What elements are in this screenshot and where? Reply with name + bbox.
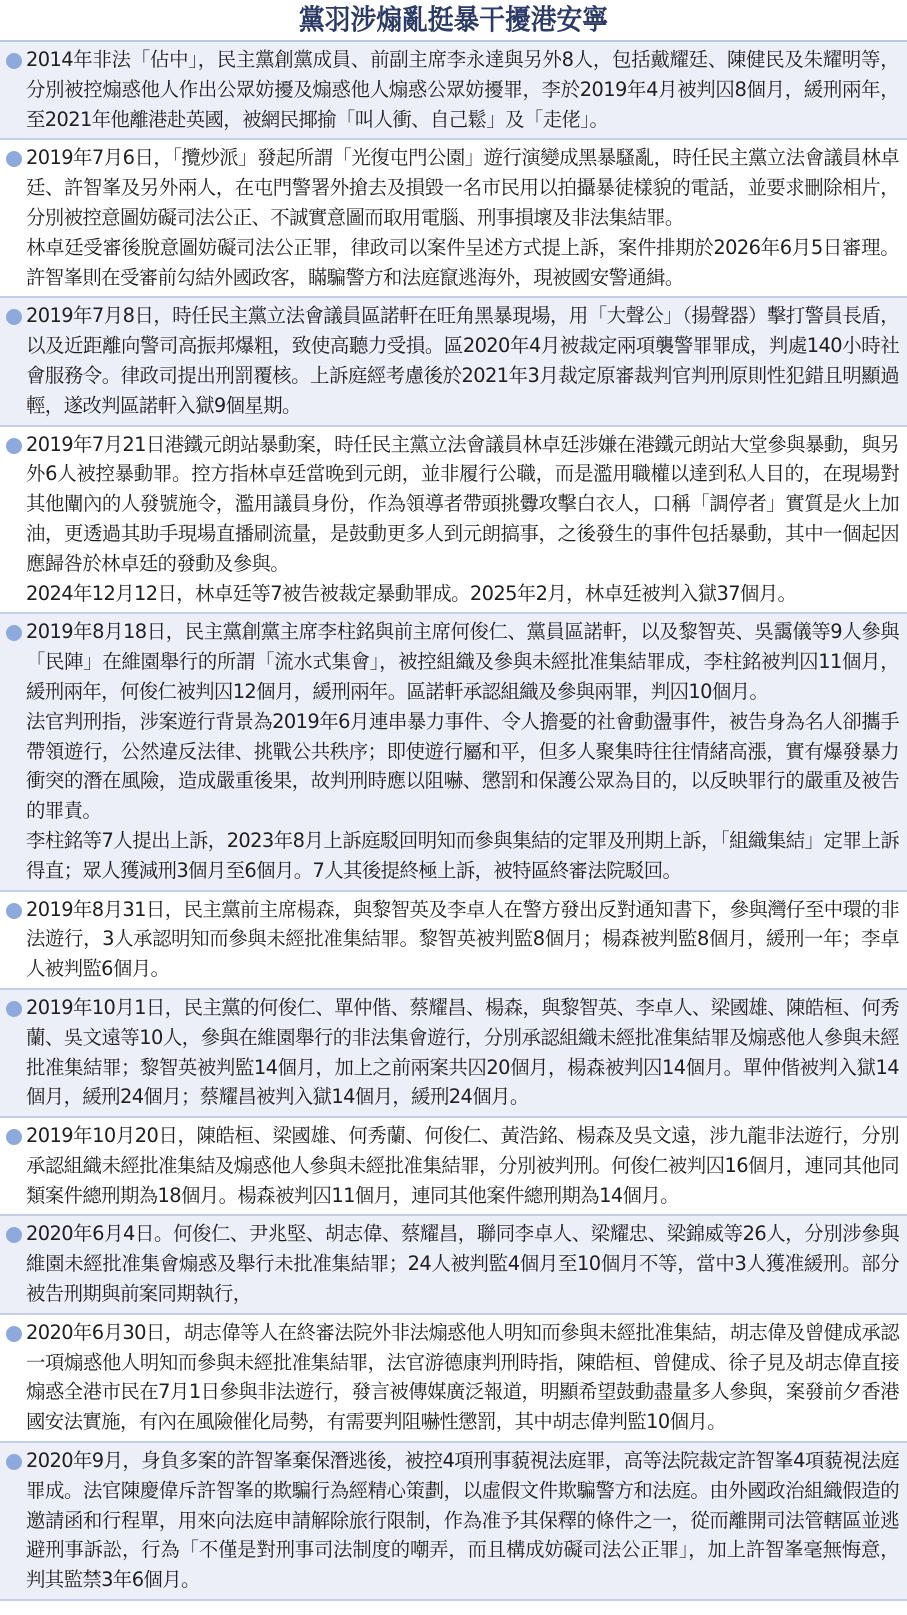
case-entry: 2014年非法「佔中」，民主黨創黨成員、前副主席李永達與另外8人，包括戴耀廷、陳… xyxy=(0,42,907,140)
case-paragraph: 法官判刑指，涉案遊行背景為2019年6月連串暴力事件、令人擔憂的社會動盪事件，被… xyxy=(26,707,899,826)
case-entry: 2020年6月30日，胡志偉等人在終審法院外非法煽惑他人明知而參與未經批准集結，… xyxy=(0,1315,907,1443)
case-entry: 2019年7月21日港鐵元朗站暴動案，時任民主黨立法會議員林卓廷涉嫌在港鐵元朗站… xyxy=(0,427,907,615)
case-paragraph: 2020年6月4日。何俊仁、尹兆堅、胡志偉、蔡耀昌，聯同李卓人、梁耀忠、梁錦威等… xyxy=(26,1219,899,1308)
bullet-dot-icon xyxy=(6,1326,22,1342)
case-paragraph: 2024年12月12日，林卓廷等7被告被裁定暴動罪成。2025年2月，林卓廷被判… xyxy=(26,579,899,609)
bullet-dot-icon xyxy=(6,1001,22,1017)
case-paragraph: 2014年非法「佔中」，民主黨創黨成員、前副主席李永達與另外8人，包括戴耀廷、陳… xyxy=(26,45,899,134)
case-paragraph: 林卓廷受審後脫意圖妨礙司法公正罪，律政司以案件呈述方式提上訴，案件排期於2026… xyxy=(26,233,899,293)
case-paragraph: 2020年9月，身負多案的許智峯棄保潛逃後，被控4項刑事藐視法庭罪，高等法院裁定… xyxy=(26,1446,899,1595)
bullet-dot-icon xyxy=(6,53,22,69)
case-list: 2014年非法「佔中」，民主黨創黨成員、前副主席李永達與另外8人，包括戴耀廷、陳… xyxy=(0,40,907,1601)
bullet-dot-icon xyxy=(6,151,22,167)
case-entry: 2019年8月18日，民主黨創黨主席李柱銘與前主席何俊仁、黨員區諾軒，以及黎智英… xyxy=(0,614,907,891)
bullet-dot-icon xyxy=(6,309,22,325)
case-paragraph: 2019年7月6日，「攬炒派」發起所謂「光復屯門公園」遊行演變成黑暴騷亂，時任民… xyxy=(26,143,899,232)
case-paragraph: 2019年8月18日，民主黨創黨主席李柱銘與前主席何俊仁、黨員區諾軒，以及黎智英… xyxy=(26,617,899,706)
case-paragraph: 2019年8月31日，民主黨前主席楊森，與黎智英及李卓人在警方發出反對通知書下，… xyxy=(26,895,899,984)
case-paragraph: 2020年6月30日，胡志偉等人在終審法院外非法煽惑他人明知而參與未經批准集結，… xyxy=(26,1318,899,1437)
case-entry: 2019年8月31日，民主黨前主席楊森，與黎智英及李卓人在警方發出反對通知書下，… xyxy=(0,892,907,990)
case-paragraph: 李柱銘等7人提出上訴，2023年8月上訴庭駁回明知而參與集結的定罪及刑期上訴，「… xyxy=(26,826,899,886)
article-page: 黨羽涉煽亂挺暴干擾港安寧 2014年非法「佔中」，民主黨創黨成員、前副主席李永達… xyxy=(0,0,907,1615)
article-title: 黨羽涉煽亂挺暴干擾港安寧 xyxy=(36,0,870,40)
case-entry: 2020年9月，身負多案的許智峯棄保潛逃後，被控4項刑事藐視法庭罪，高等法院裁定… xyxy=(0,1443,907,1601)
case-paragraph: 2019年10月20日，陳皓桓、梁國雄、何秀蘭、何俊仁、黃浩銘、楊森及吳文遠，涉… xyxy=(26,1121,899,1210)
bullet-dot-icon xyxy=(6,625,22,641)
case-entry: 2019年7月6日，「攬炒派」發起所謂「光復屯門公園」遊行演變成黑暴騷亂，時任民… xyxy=(0,140,907,298)
case-paragraph: 2019年7月8日，時任民主黨立法會議員區諾軒在旺角黑暴現場，用「大聲公」（揚聲… xyxy=(26,301,899,420)
bullet-dot-icon xyxy=(6,1454,22,1470)
bullet-dot-icon xyxy=(6,1227,22,1243)
case-paragraph: 2019年10月1日，民主黨的何俊仁、單仲偕、蔡耀昌、楊森，與黎智英、李卓人、梁… xyxy=(26,993,899,1112)
bullet-dot-icon xyxy=(6,438,22,454)
case-paragraph: 2019年7月21日港鐵元朗站暴動案，時任民主黨立法會議員林卓廷涉嫌在港鐵元朗站… xyxy=(26,430,899,579)
case-entry: 2020年6月4日。何俊仁、尹兆堅、胡志偉、蔡耀昌，聯同李卓人、梁耀忠、梁錦威等… xyxy=(0,1216,907,1314)
bullet-dot-icon xyxy=(6,1129,22,1145)
case-entry: 2019年10月20日，陳皓桓、梁國雄、何秀蘭、何俊仁、黃浩銘、楊森及吳文遠，涉… xyxy=(0,1118,907,1216)
case-entry: 2019年7月8日，時任民主黨立法會議員區諾軒在旺角黑暴現場，用「大聲公」（揚聲… xyxy=(0,298,907,426)
bullet-dot-icon xyxy=(6,903,22,919)
case-entry: 2019年10月1日，民主黨的何俊仁、單仲偕、蔡耀昌、楊森，與黎智英、李卓人、梁… xyxy=(0,990,907,1118)
